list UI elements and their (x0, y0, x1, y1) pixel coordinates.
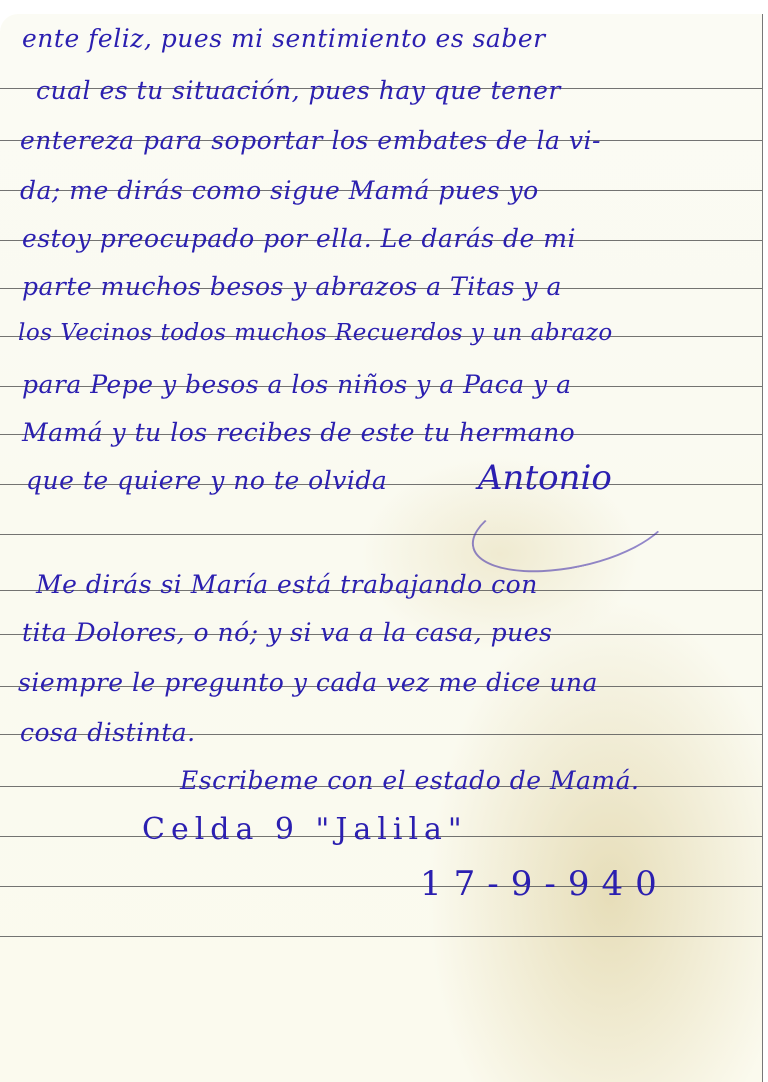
ruled-line (0, 936, 762, 937)
letter-line: entereza para soportar los embates de la… (20, 126, 601, 155)
letter-line: estoy preocupado por ella. Le darás de m… (22, 224, 576, 253)
letter-line: cosa distinta. (20, 718, 196, 747)
letter-date: 17-9-940 (420, 864, 669, 904)
letter-line: Me dirás si María está trabajando con (36, 570, 538, 599)
letter-line: los Vecinos todos muchos Recuerdos y un … (18, 320, 613, 346)
closing-line: Escribeme con el estado de Mamá. (180, 766, 640, 795)
letter-line: cual es tu situación, pues hay que tener (36, 76, 561, 105)
cell-info: Celda 9 "Jalila" (142, 812, 468, 847)
letter-line: tita Dolores, o nó; y si va a la casa, p… (22, 618, 552, 647)
letter-line: parte muchos besos y abrazos a Titas y a (22, 272, 562, 301)
letter-line: para Pepe y besos a los niños y a Paca y… (22, 370, 572, 399)
letter-page: ente feliz, pues mi sentimiento es saber… (0, 14, 763, 1082)
letter-line: que te quiere y no te olvida (26, 466, 387, 495)
letter-line: ente feliz, pues mi sentimiento es saber (22, 24, 546, 53)
letter-line: Mamá y tu los recibes de este tu hermano (22, 418, 575, 447)
letter-line: da; me dirás como sigue Mamá pues yo (20, 176, 539, 205)
letter-line: siempre le pregunto y cada vez me dice u… (18, 668, 598, 697)
